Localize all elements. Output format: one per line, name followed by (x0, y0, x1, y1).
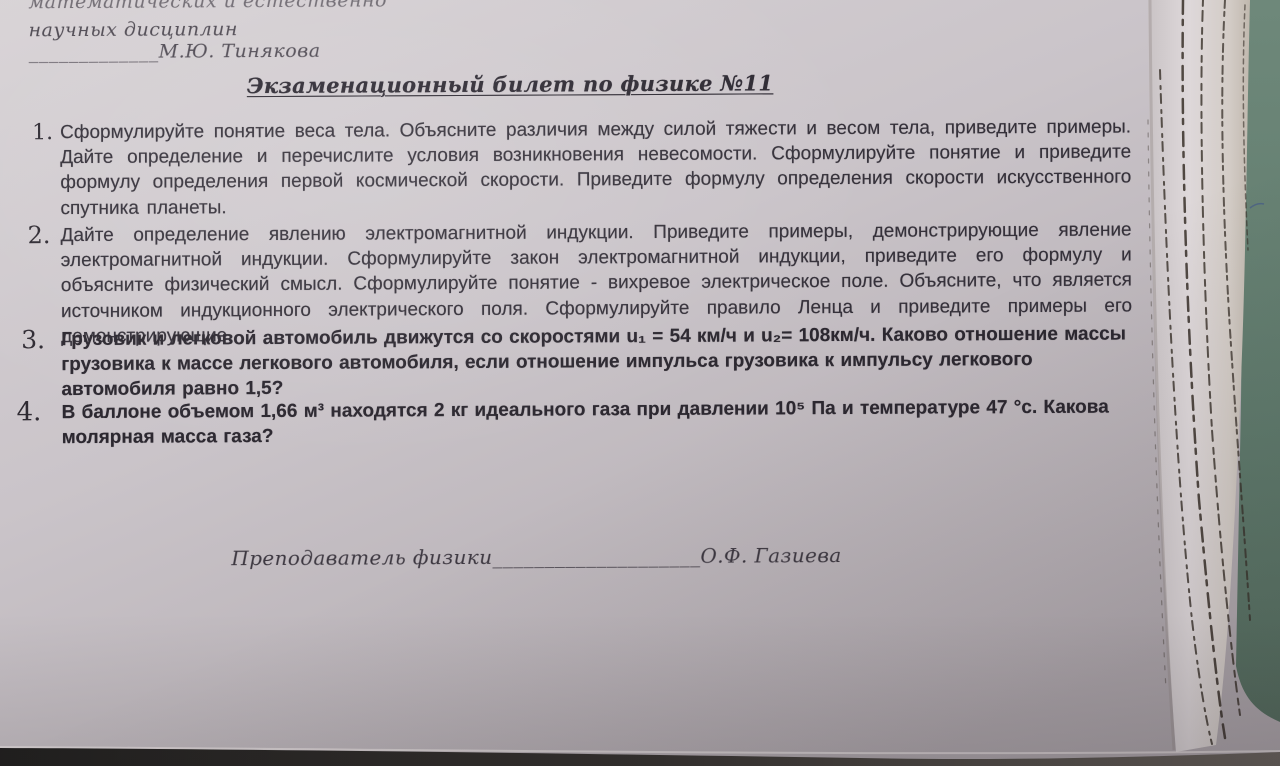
question-3-number: 3. (21, 327, 45, 352)
signature-blank: _____________ (29, 41, 159, 64)
question-4-number: 4. (16, 400, 41, 425)
question-1-number: 1. (32, 120, 53, 145)
exam-page: математических и естественно научных дис… (0, 0, 1152, 766)
exam-title: Экзаменационный билет по физике №11 (247, 70, 774, 98)
question-3: 3. Грузовик и легковой автомобиль движут… (0, 321, 1145, 403)
department-line-bottom: научных дисциплин (28, 18, 238, 41)
question-1-text: Сформулируйте понятие веса тела. Объясни… (60, 114, 1132, 220)
department-line-top: математических и естественно (28, 0, 387, 13)
question-3-text: Грузовик и легковой автомобиль движутся … (61, 321, 1132, 402)
head-signature-row: _____________М.Ю. Тинякова (29, 40, 321, 64)
question-4-text: В баллоне объемом 1,66 м³ находятся 2 кг… (61, 394, 1132, 450)
teacher-signature-blank: ____________________ (492, 544, 700, 569)
teacher-name: О.Ф. Газиева (700, 543, 841, 568)
teacher-label: Преподаватель физики (231, 545, 492, 570)
photo-of-exam-paper: математических и естественно научных дис… (0, 0, 1280, 766)
signatory-name: М.Ю. Тинякова (159, 40, 321, 63)
question-4: 4. В баллоне объемом 1,66 м³ находятся 2… (0, 394, 1145, 450)
question-1: 1. Сформулируйте понятие веса тела. Объя… (0, 114, 1145, 221)
teacher-signature-row: Преподаватель физики____________________… (231, 543, 841, 570)
question-2-number: 2. (28, 223, 51, 248)
